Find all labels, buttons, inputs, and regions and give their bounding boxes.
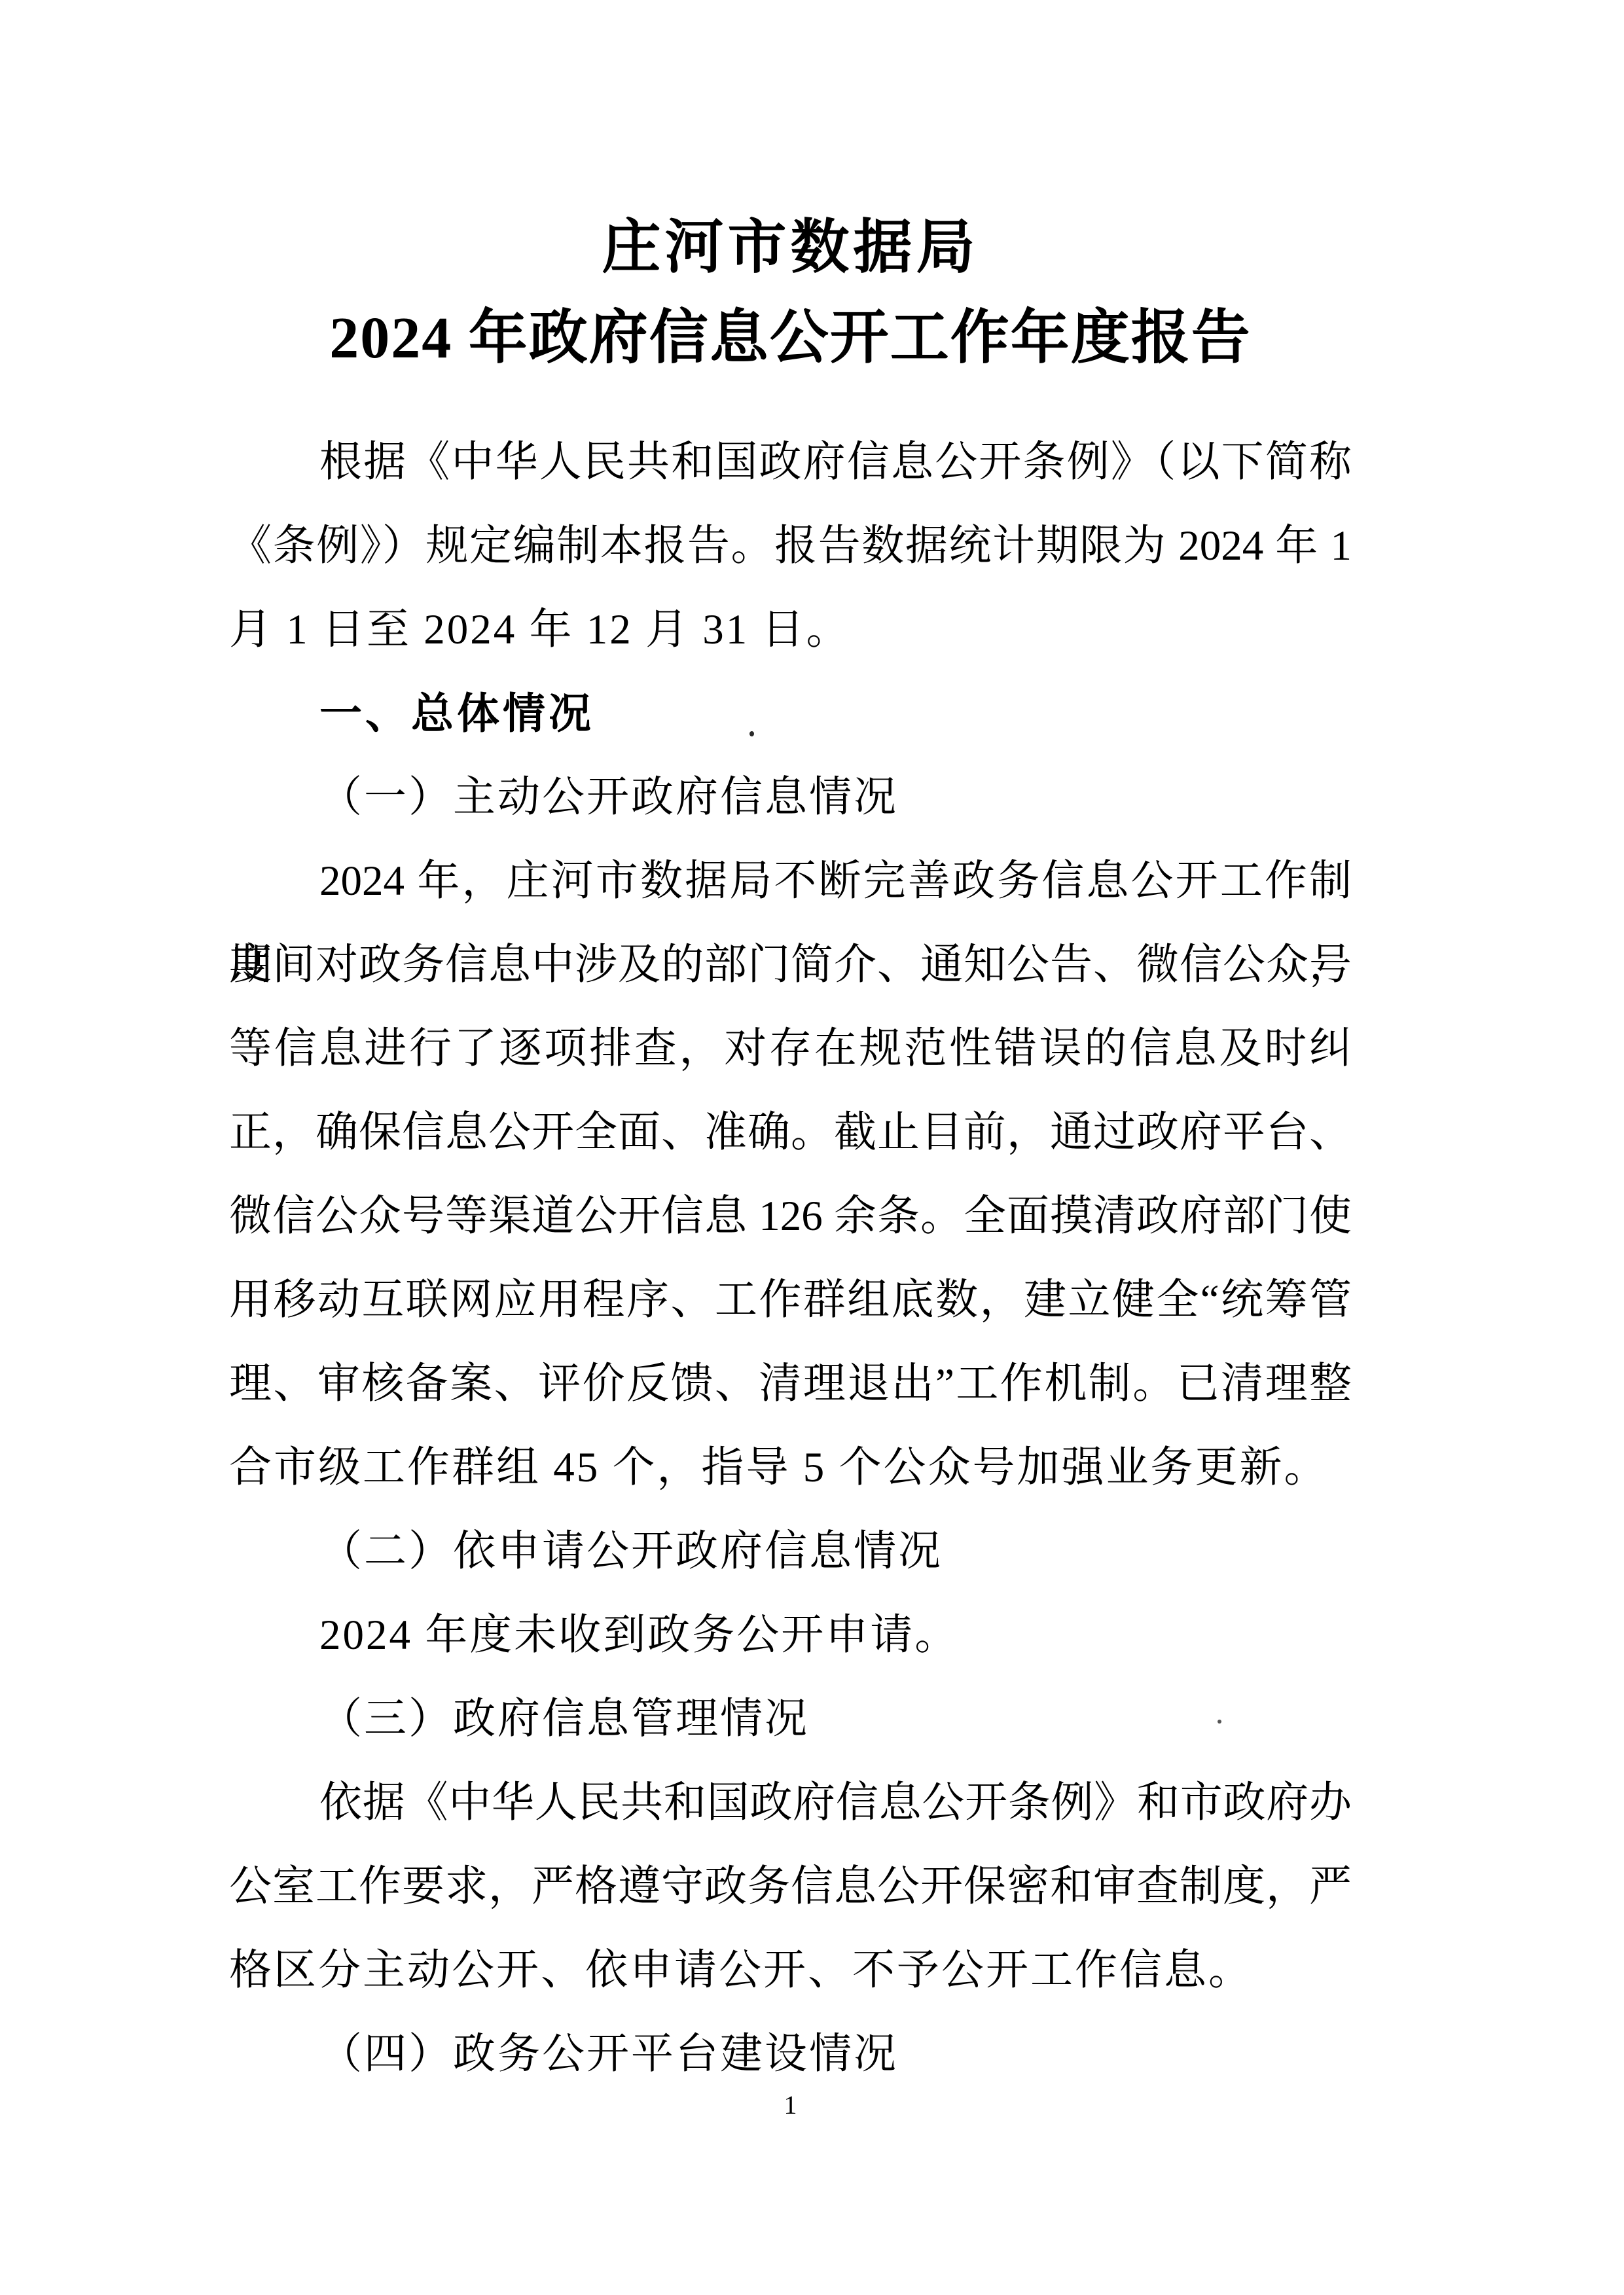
subsection-heading-1: （一）主动公开政府信息情况 (229, 755, 1352, 839)
body-line: 月 1 日至 2024 年 12 月 31 日。 (229, 588, 1352, 672)
document-page: 庄河市数据局 2024 年政府信息公开工作年度报告 根据《中华人民共和国政府信息… (0, 0, 1624, 2295)
report-body: 根据《中华人民共和国政府信息公开条例》（以下简称 《条例》）规定编制本报告。报告… (229, 420, 1352, 2096)
scan-artifact-dot (1218, 1720, 1221, 1724)
body-line: 公室工作要求，严格遵守政务信息公开保密和审查制度，严 (229, 1845, 1352, 1928)
subsection-heading-3: （三）政府信息管理情况 (229, 1677, 1352, 1761)
body-line: 2024 年，庄河市数据局不断完善政务信息公开工作制度， (229, 839, 1352, 923)
section-heading-overall: 一、总体情况 (229, 672, 1352, 755)
body-line: 2024 年度未收到政务公开申请。 (229, 1593, 1352, 1677)
report-title: 庄河市数据局 2024 年政府信息公开工作年度报告 (229, 203, 1352, 384)
report-title-line-2: 2024 年政府信息公开工作年度报告 (229, 293, 1352, 384)
subsection-heading-2: （二）依申请公开政府信息情况 (229, 1509, 1352, 1593)
report-title-line-1: 庄河市数据局 (229, 203, 1352, 293)
page-number: 1 (229, 2089, 1352, 2121)
body-line: 期间对政务信息中涉及的部门简介、通知公告、微信公众号 (229, 923, 1352, 1007)
body-line: 格区分主动公开、依申请公开、不予公开工作信息。 (229, 1928, 1352, 2012)
body-line: 正，确保信息公开全面、准确。截止目前，通过政府平台、 (229, 1091, 1352, 1174)
body-line: 等信息进行了逐项排查，对存在规范性错误的信息及时纠 (229, 1007, 1352, 1091)
body-line: 《条例》）规定编制本报告。报告数据统计期限为 2024 年 1 (229, 504, 1352, 588)
body-line: 用移动互联网应用程序、工作群组底数，建立健全“统筹管 (229, 1258, 1352, 1342)
body-line: 依据《中华人民共和国政府信息公开条例》和市政府办 (229, 1761, 1352, 1845)
body-line: 微信公众号等渠道公开信息 126 余条。全面摸清政府部门使 (229, 1174, 1352, 1258)
body-line: 合市级工作群组 45 个，指导 5 个公众号加强业务更新。 (229, 1426, 1352, 1509)
scan-artifact-dot (749, 731, 754, 736)
body-line: 理、审核备案、评价反馈、清理退出”工作机制。已清理整 (229, 1342, 1352, 1426)
body-line: 根据《中华人民共和国政府信息公开条例》（以下简称 (229, 420, 1352, 504)
subsection-heading-4: （四）政务公开平台建设情况 (229, 2012, 1352, 2096)
